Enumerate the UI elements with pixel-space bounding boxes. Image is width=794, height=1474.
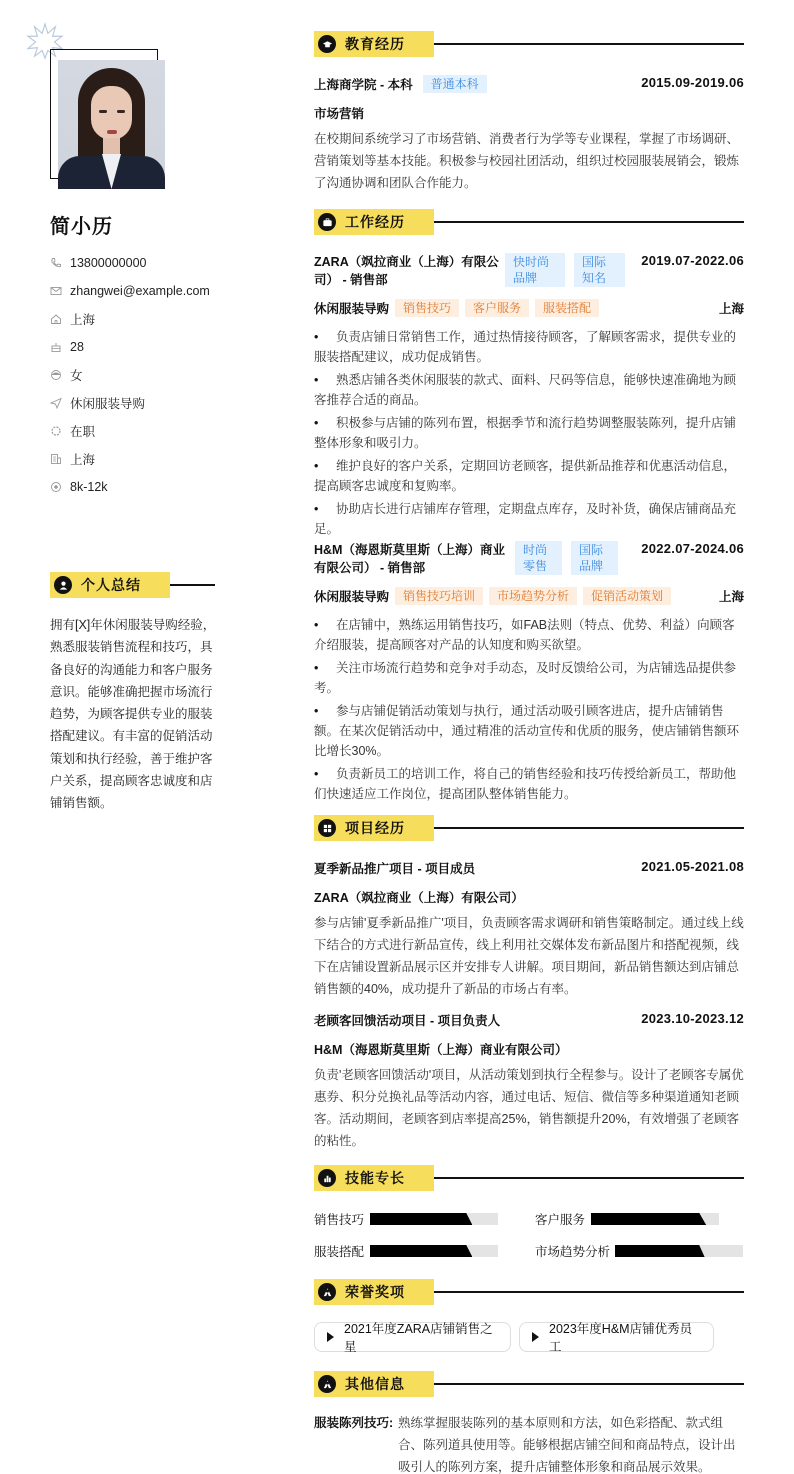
skill-tag: 市场趋势分析 <box>489 587 577 605</box>
project-company: ZARA（飒拉商业（上海）有限公司） <box>314 888 744 906</box>
candidate-name: 简小历 <box>50 210 113 239</box>
skill-bar <box>591 1213 719 1225</box>
skill-tag: 销售技巧 <box>395 299 459 317</box>
education-header: 上海商学院 - 本科 普通本科 2015.09-2019.06 <box>314 75 744 93</box>
info-job-target: 休闲服装导购 <box>50 389 210 417</box>
education-date: 2015.09-2019.06 <box>641 75 744 90</box>
graduation-cap-icon <box>318 35 336 53</box>
info-phone: 13800000000 <box>50 249 210 277</box>
skill-item: 客户服务 <box>535 1210 719 1228</box>
duty-item: •积极参与店铺的陈列布置，根据季节和流行趋势调整服装陈列，提升店铺整体形象和吸引… <box>314 413 744 453</box>
contact-info-list: 13800000000 zhangwei@example.com 上海 28 女… <box>50 249 210 501</box>
project-date: 2021.05-2021.08 <box>641 859 744 874</box>
award-icon <box>318 1283 336 1301</box>
degree-tag: 普通本科 <box>423 75 487 93</box>
user-icon <box>54 576 72 594</box>
project-entry: 夏季新品推广项目 - 项目成员 2021.05-2021.08 ZARA（飒拉商… <box>314 859 744 1000</box>
info-salary: 8k-12k <box>50 473 210 501</box>
salary-icon <box>50 481 62 493</box>
education-desc: 在校期间系统学习了市场营销、消费者行为学等专业课程，掌握了市场调研、营销策划等基… <box>314 128 744 194</box>
skill-bar <box>370 1245 498 1257</box>
info-status: 在职 <box>50 417 210 445</box>
project-name: 老顾客回馈活动项目 - 项目负责人 <box>314 1011 500 1029</box>
skill-tag: 客户服务 <box>465 299 529 317</box>
section-header-awards: 荣誉奖项 <box>314 1279 744 1305</box>
send-icon <box>50 397 62 409</box>
grid-icon <box>318 819 336 837</box>
info-email: zhangwei@example.com <box>50 277 210 305</box>
info-icon <box>318 1375 336 1393</box>
skill-tag: 促销活动策划 <box>583 587 671 605</box>
project-company: H&M（海恩斯莫里斯（上海）商业有限公司） <box>314 1040 744 1058</box>
duty-item: •负责店铺日常销售工作，通过热情接待顾客，了解顾客需求，提供专业的服装搭配建议，… <box>314 327 744 367</box>
job-duties: •在店铺中，熟练运用销售技巧，如FAB法则（特点、优势、利益）向顾客介绍服装，提… <box>314 615 744 804</box>
award-item: 2023年度H&M店铺优秀员工 <box>519 1322 714 1352</box>
sidebar: 简小历 13800000000 zhangwei@example.com 上海 … <box>0 0 280 1474</box>
other-info-label: 服装陈列技巧: <box>314 1412 398 1474</box>
project-desc: 参与店铺'夏季新品推广'项目，负责顾客需求调研和销售策略制定。通过线上线下结合的… <box>314 912 744 1000</box>
phone-icon <box>50 257 62 269</box>
briefcase-icon <box>318 213 336 231</box>
duty-item: •协助店长进行店铺库存管理，定期盘点库存，及时补货，确保店铺商品充足。 <box>314 499 744 539</box>
info-age: 28 <box>50 333 210 361</box>
project-desc: 负责'老顾客回馈活动'项目，从活动策划到执行全程参与。设计了老顾客专属优惠券、积… <box>314 1064 744 1152</box>
major: 市场营销 <box>314 104 364 122</box>
building-icon <box>50 453 62 465</box>
project-date: 2023.10-2023.12 <box>641 1011 744 1026</box>
section-header-other: 其他信息 <box>314 1371 744 1397</box>
section-header-skills: 技能专长 <box>314 1165 744 1191</box>
skill-tag: 销售技巧培训 <box>395 587 483 605</box>
job-date: 2022.07-2024.06 <box>641 541 744 556</box>
skill-bar <box>370 1213 498 1225</box>
skill-item: 市场趋势分析 <box>535 1242 743 1260</box>
job-location: 上海 <box>719 587 744 605</box>
section-header-summary: 个人总结 <box>50 572 215 598</box>
skill-item: 服装搭配 <box>314 1242 498 1260</box>
triangle-icon <box>327 1332 334 1342</box>
triangle-icon <box>532 1332 539 1342</box>
gender-icon <box>50 369 62 381</box>
project-name: 夏季新品推广项目 - 项目成员 <box>314 859 475 877</box>
duty-item: •熟悉店铺各类休闲服装的款式、面料、尺码等信息，能够快速准确地为顾客推荐合适的商… <box>314 370 744 410</box>
job-entry: H&M（海恩斯莫里斯（上海）商业 有限公司） - 销售部 时尚零售 国际品牌 2… <box>314 541 744 807</box>
duty-item: •在店铺中，熟练运用销售技巧，如FAB法则（特点、优势、利益）向顾客介绍服装，提… <box>314 615 744 655</box>
avatar <box>58 60 165 189</box>
duty-item: •维护良好的客户关系，定期回访老顾客，提供新品推荐和优惠活动信息，提高顾客忠诚度… <box>314 456 744 496</box>
skill-tag: 服装搭配 <box>535 299 599 317</box>
section-header-education: 教育经历 <box>314 31 744 57</box>
company-tag: 国际品牌 <box>571 541 618 575</box>
job-position: 休闲服装导购 <box>314 587 389 605</box>
job-duties: •负责店铺日常销售工作，通过热情接待顾客，了解顾客需求，提供专业的服装搭配建议，… <box>314 327 744 539</box>
company-tag: 时尚零售 <box>515 541 562 575</box>
section-header-projects: 项目经历 <box>314 815 744 841</box>
job-position: 休闲服装导购 <box>314 299 389 317</box>
project-entry: 老顾客回馈活动项目 - 项目负责人 2023.10-2023.12 H&M（海恩… <box>314 1011 744 1152</box>
job-date: 2019.07-2022.06 <box>641 253 744 268</box>
summary-text: 拥有[X]年休闲服装导购经验，熟悉服装销售流程和技巧，具备良好的沟通能力和客户服… <box>50 614 216 815</box>
info-location: 上海 <box>50 305 210 333</box>
award-item: 2021年度ZARA店铺销售之星 <box>314 1322 511 1352</box>
school-name: 上海商学院 - 本科 <box>314 75 413 93</box>
info-gender: 女 <box>50 361 210 389</box>
duty-item: •关注市场流行趋势和竞争对手动态，及时反馈给公司，为店铺选品提供参考。 <box>314 658 744 698</box>
other-info-text: 熟练掌握服装陈列的基本原则和方法，如色彩搭配、款式组合、陈列道具使用等。能够根据… <box>398 1412 744 1474</box>
cake-icon <box>50 341 62 353</box>
job-location: 上海 <box>719 299 744 317</box>
home-icon <box>50 313 62 325</box>
job-entry: ZARA（飒拉商业（上海）有限公 司） - 销售部 快时尚品牌 国际知名 201… <box>314 253 744 542</box>
skill-bar <box>615 1245 743 1257</box>
duty-item: •负责新员工的培训工作，将自己的销售经验和技巧传授给新员工，帮助他们快速适应工作… <box>314 764 744 804</box>
duty-item: •参与店铺促销活动策划与执行，通过活动吸引顾客进店，提升店铺销售额。在某次促销活… <box>314 701 744 761</box>
bar-chart-icon <box>318 1169 336 1187</box>
skill-item: 销售技巧 <box>314 1210 498 1228</box>
other-info-row: 服装陈列技巧: 熟练掌握服装陈列的基本原则和方法，如色彩搭配、款式组合、陈列道具… <box>314 1412 744 1474</box>
company-tag: 国际知名 <box>574 253 625 287</box>
company-tag: 快时尚品牌 <box>505 253 565 287</box>
section-header-work: 工作经历 <box>314 209 744 235</box>
info-city: 上海 <box>50 445 210 473</box>
status-icon <box>50 425 62 437</box>
mail-icon <box>50 285 62 297</box>
